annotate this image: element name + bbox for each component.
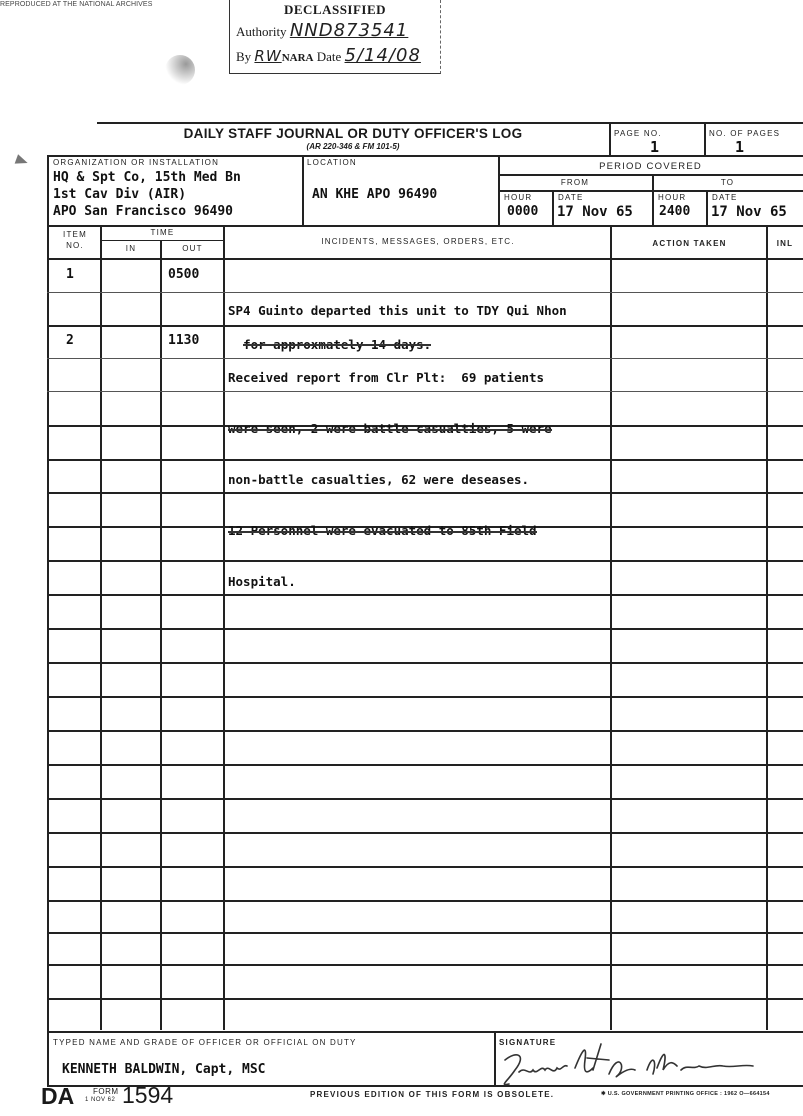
from-hour: 0000: [507, 204, 538, 219]
officer-name: KENNETH BALDWIN, Capt, MSC: [62, 1062, 266, 1077]
inl-header: INL: [767, 239, 803, 248]
form-number: 1594: [122, 1082, 173, 1109]
from-date-label: DATE: [558, 193, 584, 202]
time-header: TIME: [101, 228, 224, 237]
authority-label: Authority: [236, 24, 287, 39]
entry-1-time-out: 0500: [168, 267, 199, 282]
time-in-header: IN: [101, 244, 161, 253]
agency: NARA: [282, 52, 314, 64]
margin-arrow-icon: [15, 154, 30, 168]
item-no-header: ITEM NO.: [49, 229, 101, 251]
to-label: TO: [652, 178, 803, 187]
by-label: By: [236, 49, 251, 64]
no-of-pages-label: NO. OF PAGES: [709, 129, 780, 138]
archive-note: REPRODUCED AT THE NATIONAL ARCHIVES: [0, 1, 152, 8]
stamp-authority-row: Authority NND873541: [236, 20, 408, 41]
by-initials: RW: [254, 47, 281, 65]
stamp-title: DECLASSIFIED: [230, 2, 440, 18]
action-taken-header: ACTION TAKEN: [612, 239, 767, 248]
page-no: 1: [650, 138, 659, 156]
stamp-by-row: By RWNARA Date 5/14/08: [236, 45, 421, 66]
date-label: Date: [317, 49, 342, 64]
obsolete-note: PREVIOUS EDITION OF THIS FORM IS OBSOLET…: [310, 1090, 554, 1099]
to-date: 17 Nov 65: [711, 204, 787, 220]
to-date-label: DATE: [712, 193, 738, 202]
time-out-header: OUT: [161, 244, 224, 253]
incidents-header: INCIDENTS, MESSAGES, ORDERS, ETC.: [224, 237, 612, 246]
top-rule: [97, 122, 803, 124]
form-title: DAILY STAFF JOURNAL OR DUTY OFFICER'S LO…: [97, 126, 609, 141]
period-covered-label: PERIOD COVERED: [498, 161, 803, 172]
location-value: AN KHE APO 96490: [312, 187, 437, 202]
officer-label: TYPED NAME AND GRADE OF OFFICER OR OFFIC…: [53, 1038, 357, 1047]
from-hour-label: HOUR: [504, 193, 532, 202]
entry-2-text: Received report from Clr Plt: 69 patient…: [228, 335, 552, 607]
to-hour-label: HOUR: [658, 193, 686, 202]
organization-label: ORGANIZATION OR INSTALLATION: [53, 158, 219, 167]
form-word-date: FORM 1 NOV 62: [85, 1087, 119, 1105]
location-label: LOCATION: [307, 158, 357, 167]
entry-1-item: 1: [66, 267, 74, 282]
from-label: FROM: [498, 178, 652, 187]
declassified-stamp: DECLASSIFIED Authority NND873541 By RWNA…: [229, 0, 441, 74]
no-of-pages: 1: [735, 138, 744, 156]
page-no-label: PAGE NO.: [614, 129, 662, 138]
from-date: 17 Nov 65: [557, 204, 633, 220]
printing-note: ✱ U.S. GOVERNMENT PRINTING OFFICE : 1962…: [601, 1091, 770, 1097]
organization-value: HQ & Spt Co, 15th Med Bn 1st Cav Div (AI…: [53, 169, 241, 220]
form-prefix: DA: [41, 1083, 74, 1110]
signature: Kenneth Baldwin: [497, 1040, 787, 1092]
form-subtitle: (AR 220-346 & FM 101-5): [97, 142, 609, 151]
stamp-date: 5/14/08: [345, 45, 421, 66]
authority-value: NND873541: [290, 20, 409, 41]
entry-2-item: 2: [66, 333, 74, 348]
scan-smudge: [165, 55, 195, 85]
to-hour: 2400: [659, 204, 690, 219]
entry-2-time-out: 1130: [168, 333, 199, 348]
